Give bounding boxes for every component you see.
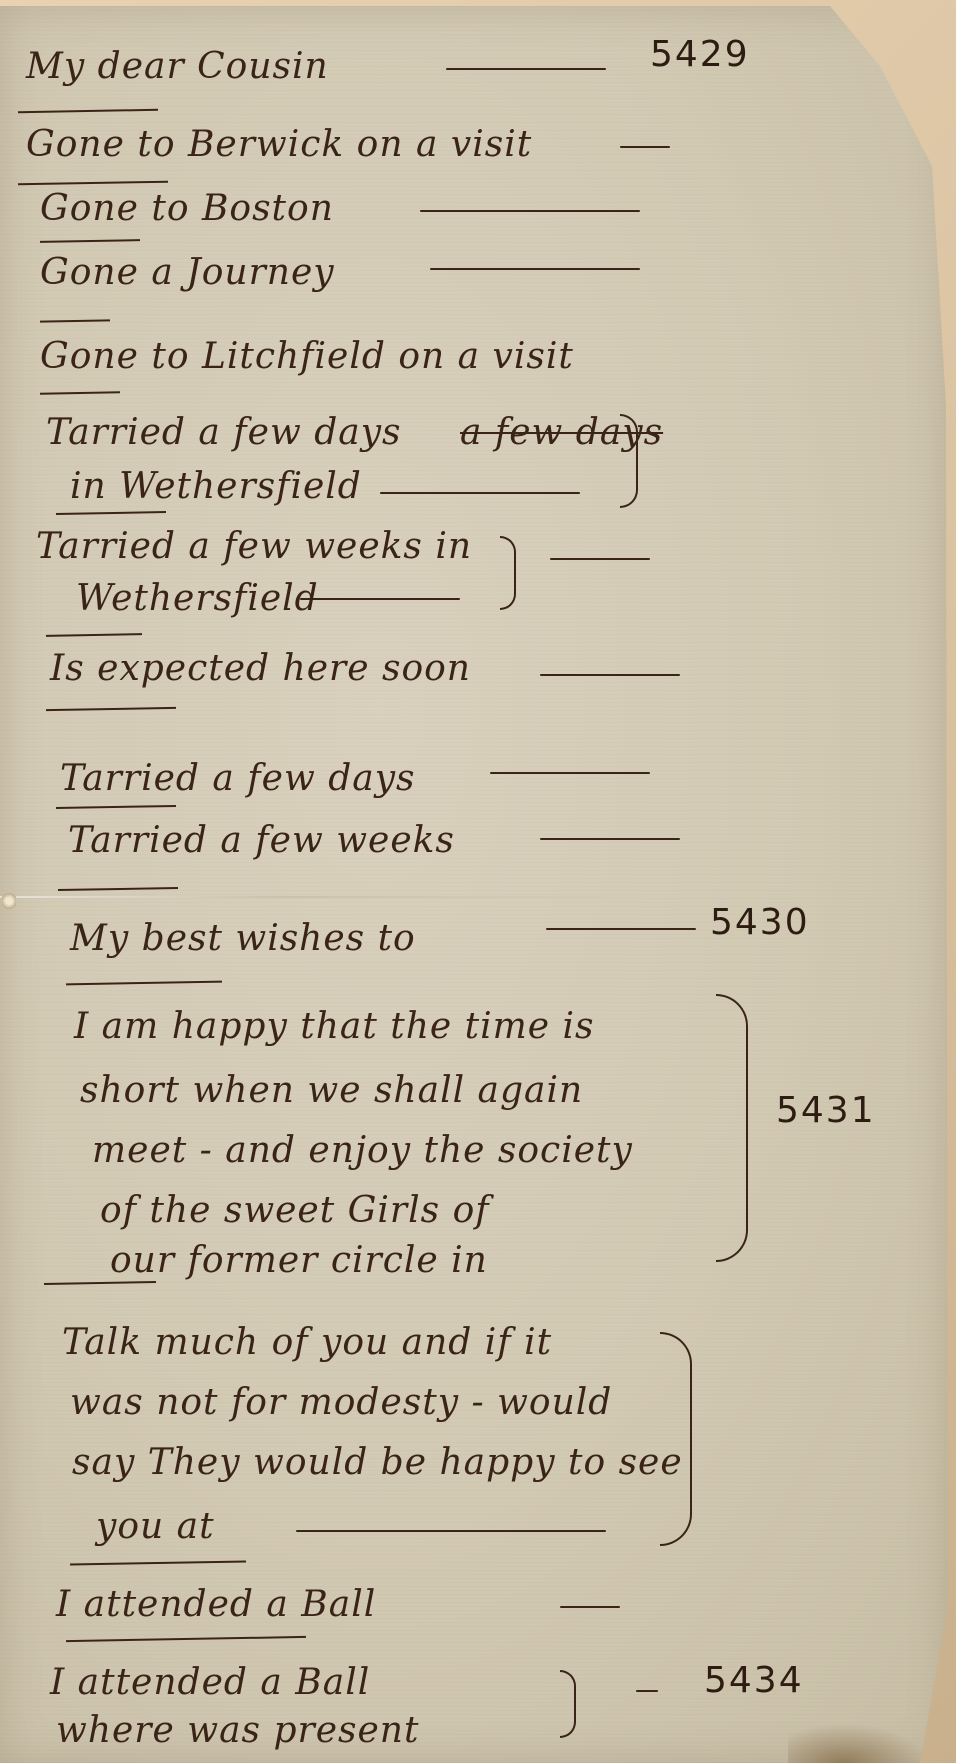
brace	[716, 994, 748, 1262]
dash-rule	[300, 598, 460, 600]
entry-line: our former circle in	[110, 1240, 488, 1281]
paper-crease	[0, 896, 948, 898]
entry-line: Tarried a few days	[60, 758, 416, 799]
brace	[500, 536, 516, 610]
entry-line: Is expected here soon	[50, 648, 471, 689]
dash-rule	[620, 146, 670, 148]
dash-rule	[420, 210, 640, 212]
dash-rule	[560, 1606, 620, 1608]
dash-rule	[490, 772, 650, 774]
separator	[66, 1636, 306, 1642]
separator	[46, 707, 176, 711]
dash-rule	[540, 838, 680, 840]
entry-line: meet - and enjoy the society	[92, 1130, 633, 1171]
entry-number: 5431	[776, 1090, 876, 1131]
separator	[44, 1281, 156, 1285]
entry-line: Gone to Litchfield on a visit	[40, 336, 574, 377]
entry-line: My best wishes to	[70, 918, 416, 959]
entry-line: Talk much of you and if it	[62, 1322, 552, 1363]
separator	[66, 981, 222, 986]
dash-rule	[380, 492, 580, 494]
dash-rule	[636, 1690, 658, 1692]
dash-rule	[430, 268, 640, 270]
separator	[58, 887, 178, 891]
dash-rule	[550, 558, 650, 560]
separator	[18, 181, 168, 186]
entry-line: Tarried a few weeks in	[36, 526, 472, 567]
brace	[620, 414, 638, 508]
entry-line: you at	[96, 1506, 215, 1547]
entry-line: I attended a Ball	[56, 1584, 376, 1625]
dash-rule	[546, 928, 696, 930]
separator	[56, 805, 176, 809]
separator	[40, 319, 110, 322]
entry-line: where was present	[56, 1710, 419, 1751]
entry-line: Gone to Berwick on a visit	[26, 124, 532, 165]
dash-rule	[446, 68, 606, 70]
entry-line: Tarried a few days	[46, 412, 402, 453]
entry-line: in Wethersfield	[70, 466, 362, 507]
entry-line: short when we shall again	[80, 1070, 583, 1111]
entry-line: I am happy that the time is	[74, 1006, 595, 1047]
dash-rule	[540, 674, 680, 676]
entry-number: 5430	[710, 902, 810, 943]
dash-rule	[296, 1530, 606, 1532]
entry-line: was not for modesty - would	[70, 1382, 612, 1423]
separator	[40, 391, 120, 394]
entry-line: Gone a Journey	[40, 252, 335, 293]
separator	[46, 633, 142, 637]
separator	[70, 1560, 246, 1565]
entry-line: of the sweet Girls of	[100, 1190, 490, 1231]
paper-stain	[788, 1723, 928, 1763]
brace	[560, 1670, 576, 1738]
paper-tear	[2, 892, 16, 910]
separator	[40, 239, 140, 243]
entry-number: 5434	[704, 1660, 804, 1701]
entry-number: 5429	[650, 34, 750, 75]
entry-line: I attended a Ball	[50, 1662, 370, 1703]
separator	[56, 511, 166, 515]
manuscript-page: My dear Cousin 5429 Gone to Berwick on a…	[0, 6, 948, 1763]
entry-line: Tarried a few weeks	[68, 820, 455, 861]
entry-line: say They would be happy to see	[72, 1442, 683, 1483]
entry-line: Gone to Boston	[40, 188, 334, 229]
salutation: My dear Cousin	[26, 46, 329, 87]
entry-line: Wethersfield	[76, 578, 319, 619]
brace	[660, 1332, 692, 1546]
separator	[18, 109, 158, 113]
